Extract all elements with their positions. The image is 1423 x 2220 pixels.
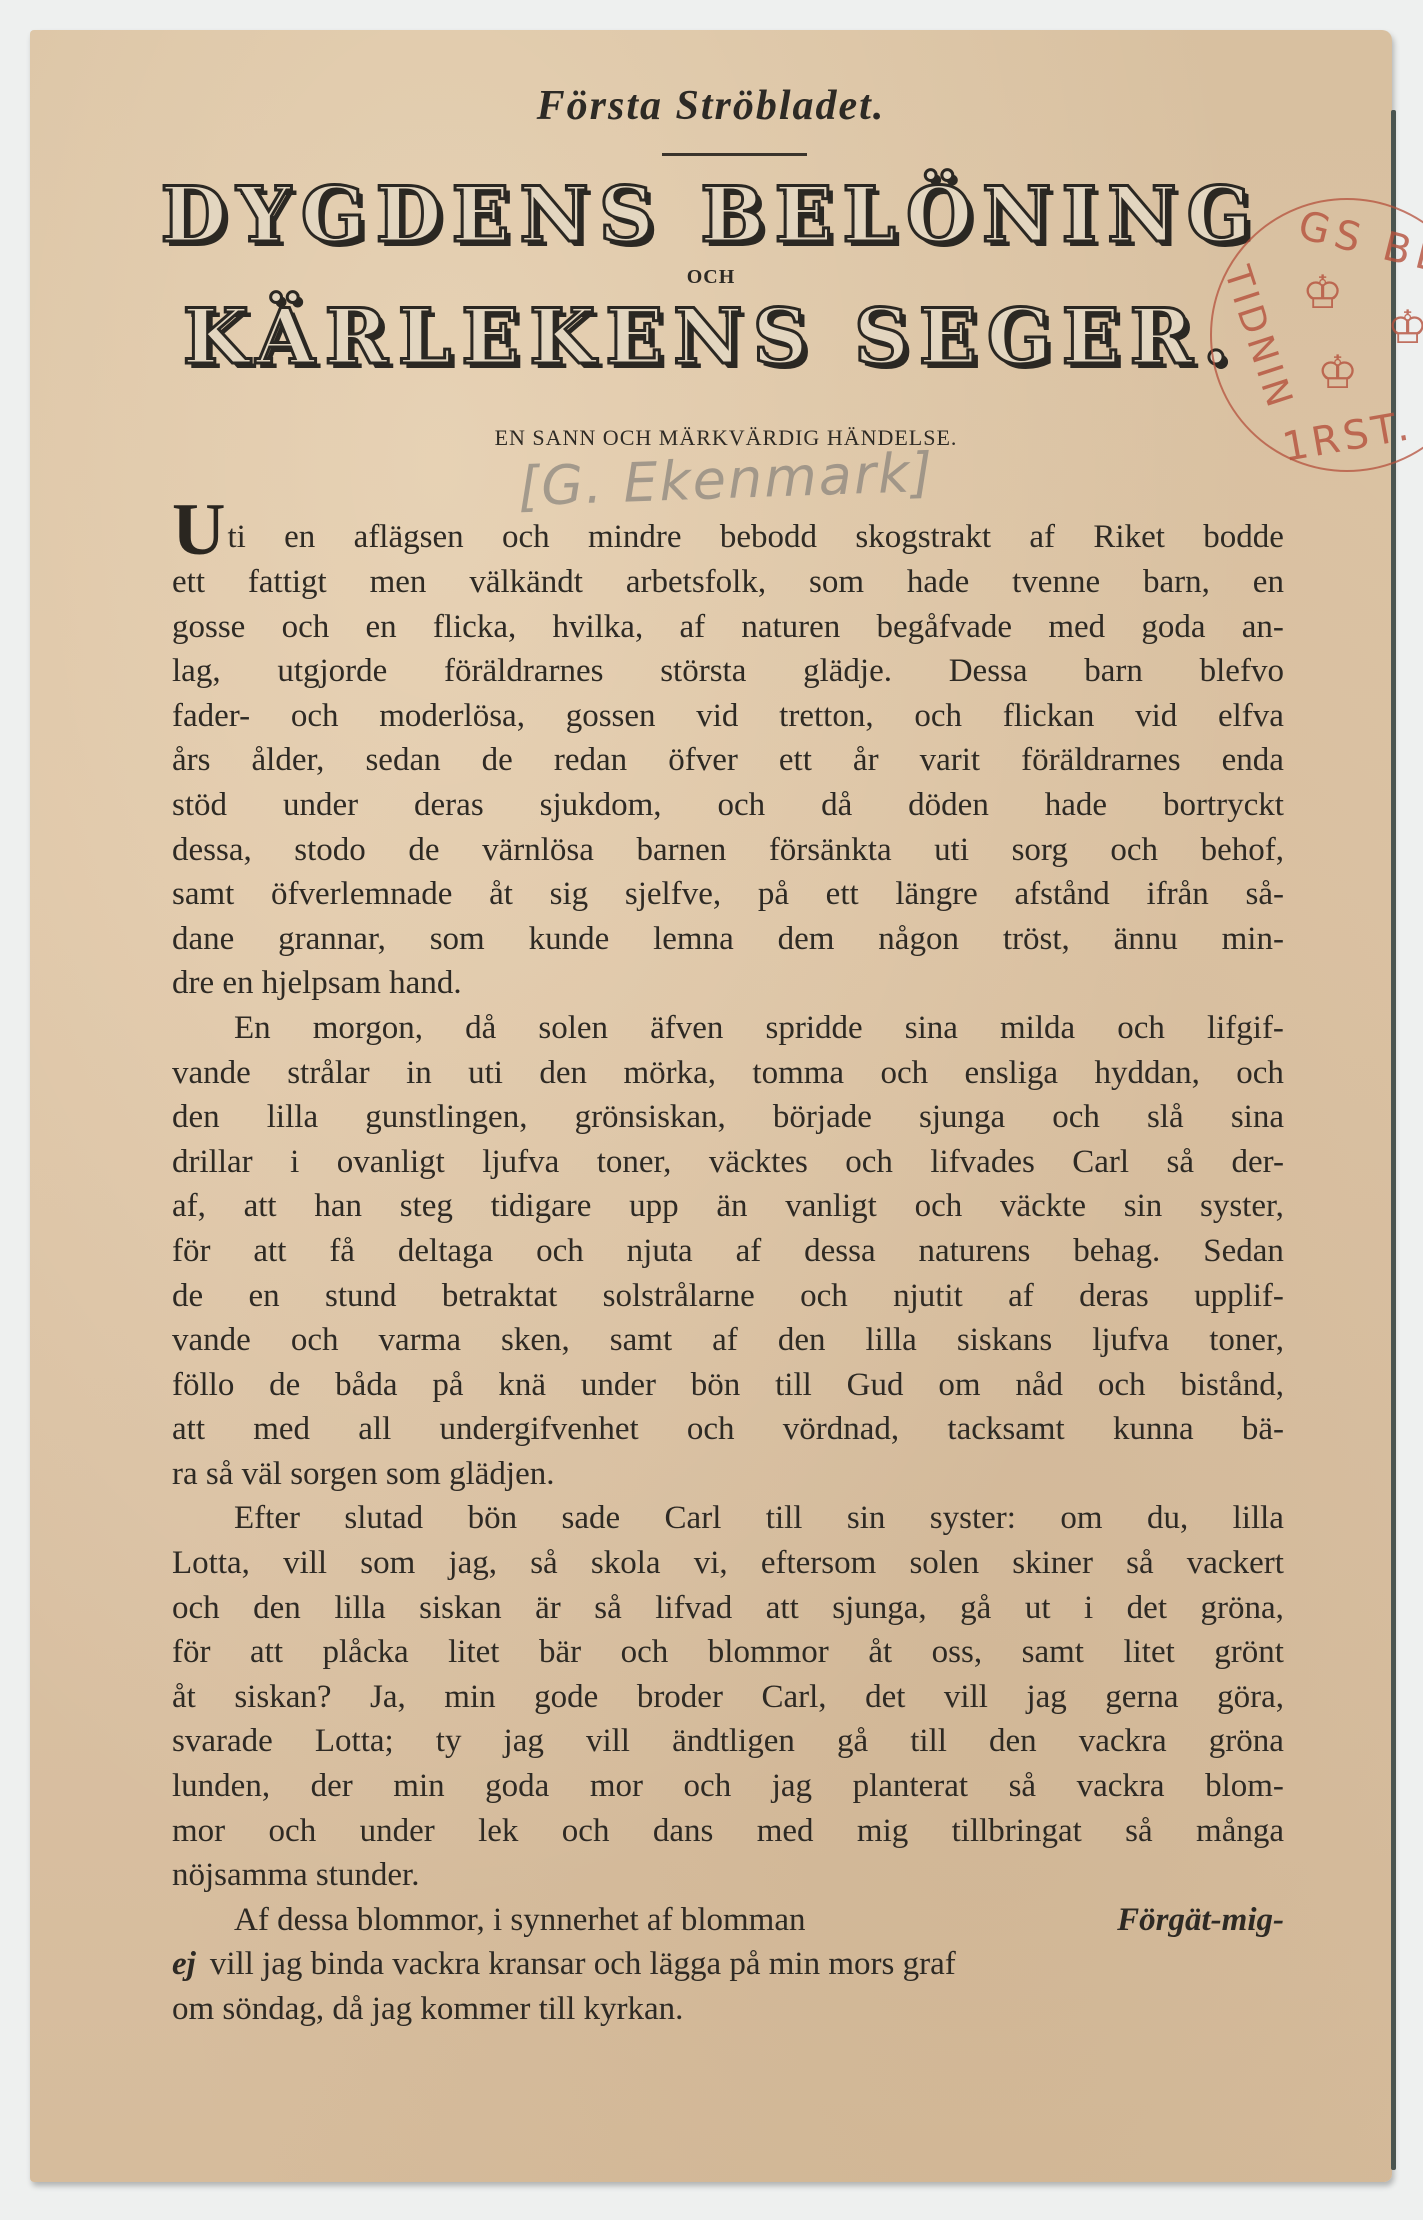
word: af, <box>172 1184 206 1229</box>
word: Sedan <box>1203 1229 1284 1274</box>
word: välkändt <box>469 560 583 605</box>
text-line: svaradeLotta;tyjagvilländtligengåtillden… <box>172 1719 1284 1764</box>
word: stöd <box>172 783 227 828</box>
word: ty <box>436 1719 462 1764</box>
word: strålar <box>287 1051 369 1096</box>
word: och <box>1236 1051 1284 1096</box>
word: Lotta; <box>315 1719 394 1764</box>
word: af <box>712 1318 738 1363</box>
word: föllo <box>172 1363 234 1408</box>
word: den <box>989 1719 1037 1764</box>
word: en <box>284 515 315 560</box>
word: och <box>621 1630 669 1675</box>
word: att <box>244 1184 277 1229</box>
word: i <box>1084 1586 1093 1631</box>
word: Carl, <box>761 1675 826 1720</box>
text-span: om söndag, då jag kommer till kyrkan. <box>172 1987 683 2032</box>
word: sin <box>847 1496 886 1541</box>
word: svarade <box>172 1719 273 1764</box>
word: ålder, <box>252 738 325 783</box>
word: sjunga, <box>832 1586 926 1631</box>
word: en <box>365 605 396 650</box>
word: siskans <box>957 1318 1052 1363</box>
word: gröna <box>1209 1719 1284 1764</box>
word: han <box>314 1184 362 1229</box>
word: bebodd <box>720 515 817 560</box>
word: goda <box>485 1764 549 1809</box>
word: elfva <box>1218 694 1284 739</box>
word: sina <box>905 1006 958 1051</box>
word: gå <box>960 1586 991 1631</box>
word: blommor <box>708 1630 829 1675</box>
word: solen <box>909 1541 979 1586</box>
word: sken, <box>501 1318 570 1363</box>
word: vid <box>696 694 738 739</box>
first-line: U tienaflägsenochmindrebeboddskogstrakta… <box>172 500 1284 560</box>
word: så <box>1125 1809 1153 1854</box>
word: solstrålarne <box>603 1274 755 1319</box>
word: milda <box>1000 1006 1075 1051</box>
word: siskan? <box>234 1675 331 1720</box>
word: uti <box>468 1051 503 1096</box>
word: att <box>766 1586 799 1631</box>
word: att <box>253 1229 286 1274</box>
word: började <box>773 1095 872 1140</box>
word: med <box>757 1809 814 1854</box>
word: utgjorde <box>277 649 387 694</box>
word: eftersom <box>761 1541 876 1586</box>
word: lilla <box>866 1318 917 1363</box>
text-line: lag,utgjordeföräldrarnesstörstaglädje.De… <box>172 649 1284 694</box>
word: varit <box>920 738 980 783</box>
word: deltaga <box>398 1229 493 1274</box>
word: på <box>432 1363 463 1408</box>
word: få <box>329 1229 355 1274</box>
word: steg <box>400 1184 453 1229</box>
word: Lotta, <box>172 1541 250 1586</box>
word: hade <box>1045 783 1107 828</box>
text-line: attmedallundergifvenhetochvördnad,tacksa… <box>172 1407 1284 1452</box>
word: och <box>717 783 765 828</box>
word: sade <box>562 1496 621 1541</box>
word: broder <box>637 1675 723 1720</box>
word: behag. <box>1073 1229 1160 1274</box>
word: vid <box>1135 694 1177 739</box>
word: åt <box>489 872 513 917</box>
word: deras <box>1079 1274 1149 1319</box>
word: Efter <box>234 1496 300 1541</box>
text-line: samtöfverlemnadeåtsigsjelfve,påettlängre… <box>172 872 1284 917</box>
word: vi, <box>694 1541 728 1586</box>
word: lilla <box>267 1095 318 1140</box>
word: naturen <box>741 605 840 650</box>
word: aflägsen <box>354 515 464 560</box>
word: in <box>406 1051 432 1096</box>
word: mindre <box>588 515 681 560</box>
word: bä- <box>1242 1407 1284 1452</box>
word: deras <box>414 783 484 828</box>
word: och <box>880 1051 928 1096</box>
word: af <box>679 605 705 650</box>
word: och <box>282 605 330 650</box>
text-line: ra så väl sorgen som glädjen. <box>172 1452 1284 1497</box>
word: En <box>234 1006 271 1051</box>
word: vanligt <box>785 1184 877 1229</box>
word: ännu <box>1114 917 1178 962</box>
word: mörka, <box>623 1051 716 1096</box>
word: vill <box>944 1675 988 1720</box>
text-line: lunden,dermingodamorochjagplanteratsåvac… <box>172 1764 1284 1809</box>
text-line: denlillagunstlingen,grönsiskan,börjadesj… <box>172 1095 1284 1140</box>
word: den <box>253 1586 301 1631</box>
word: största <box>660 649 746 694</box>
word: dane <box>172 917 234 962</box>
title-conjunction: OCH <box>30 266 1392 289</box>
word: så <box>530 1541 558 1586</box>
word: ett <box>826 872 859 917</box>
word: och <box>291 1318 339 1363</box>
word: Dessa <box>949 649 1028 694</box>
word: åt <box>868 1630 892 1675</box>
word: min <box>444 1675 495 1720</box>
word: sjunga <box>919 1095 1005 1140</box>
word: lag, <box>172 649 221 694</box>
text-span: Af dessa blommor, i synnerhet af blomman <box>234 1898 805 1943</box>
text-span: vill jag binda vackra kransar och lägga … <box>210 1942 1284 1987</box>
word: vackert <box>1187 1541 1284 1586</box>
word: jag <box>772 1764 812 1809</box>
word: undergifvenhet <box>440 1407 639 1452</box>
paragraph-4: Af dessa blommor, i synnerhet af blomman… <box>172 1898 1284 2032</box>
word: oss, <box>932 1630 982 1675</box>
paragraph-2: Enmorgon,dåsolenäfvenspriddesinamildaoch… <box>172 1006 1284 1497</box>
word: de <box>269 1363 300 1408</box>
word: sorg <box>1012 828 1068 873</box>
word: dans <box>653 1809 714 1854</box>
word: arbetsfolk, <box>626 560 766 605</box>
word: bär <box>539 1630 581 1675</box>
text-line: Enmorgon,dåsolenäfvenspriddesinamildaoch… <box>172 1006 1284 1051</box>
word: till <box>775 1363 812 1408</box>
word: bortryckt <box>1163 783 1284 828</box>
word: blom- <box>1205 1764 1284 1809</box>
word: föräldrarnes <box>1021 738 1180 783</box>
word: lilla <box>334 1586 385 1631</box>
word: ti <box>227 515 245 560</box>
text-line: deenstundbetraktatsolstrålarneochnjutita… <box>172 1274 1284 1319</box>
word: om <box>1060 1496 1102 1541</box>
word: gode <box>534 1675 598 1720</box>
word: litet <box>1123 1630 1174 1675</box>
word: lek <box>478 1809 518 1854</box>
word: toner, <box>597 1140 672 1185</box>
word: värnlösa <box>482 828 594 873</box>
crown-icon: ♔ <box>1387 305 1423 351</box>
word: barnen <box>636 828 726 873</box>
word: så <box>594 1586 622 1631</box>
word: som <box>430 917 485 962</box>
word: der- <box>1231 1140 1283 1185</box>
word: och <box>845 1140 893 1185</box>
word: ut <box>1025 1586 1051 1631</box>
word: under <box>283 783 358 828</box>
word: fattigt <box>248 560 327 605</box>
word: all <box>358 1407 391 1452</box>
paragraph-1: ettfattigtmenvälkändtarbetsfolk,somhadet… <box>172 560 1284 1006</box>
word: begåfvade <box>877 605 1013 650</box>
word: Gud <box>847 1363 904 1408</box>
document-page: Första Ströbladet. DYGDENS BELÖNING OCH … <box>30 30 1392 2182</box>
word: öfver <box>668 738 738 783</box>
word: planterat <box>853 1764 968 1809</box>
word: ljufva <box>1092 1318 1169 1363</box>
word: flicka, <box>433 605 516 650</box>
word: skiner <box>1012 1541 1093 1586</box>
word: och <box>684 1764 732 1809</box>
word: ovanligt <box>337 1140 445 1185</box>
word: för <box>172 1630 210 1675</box>
word: för <box>172 1229 210 1274</box>
word: gunstlingen, <box>365 1095 527 1140</box>
word: blefvo <box>1200 649 1284 694</box>
word: Ja, <box>370 1675 406 1720</box>
text-line: af,atthanstegtidigareuppänvanligtochväck… <box>172 1184 1284 1229</box>
word: bön <box>468 1496 518 1541</box>
word: någon <box>878 917 959 962</box>
text-line: ochdenlillasiskanärsålifvadattsjunga,gåu… <box>172 1586 1284 1631</box>
word: väcktes <box>709 1140 808 1185</box>
word: vande <box>172 1051 251 1096</box>
word: ett <box>779 738 812 783</box>
word: att <box>172 1407 205 1452</box>
word: morgon, <box>313 1006 423 1051</box>
word: under <box>360 1809 435 1854</box>
title-line-2: KÄRLEKENS SEGER. <box>30 292 1392 381</box>
word: syster: <box>930 1496 1016 1541</box>
word: ett <box>172 560 205 605</box>
word: hvilka, <box>552 605 643 650</box>
word: slå <box>1147 1095 1184 1140</box>
word: min <box>393 1764 444 1809</box>
word: och <box>502 515 550 560</box>
word: äfven <box>650 1006 723 1051</box>
word: vill <box>283 1541 327 1586</box>
word: bistånd, <box>1180 1363 1284 1408</box>
word: att <box>250 1630 283 1675</box>
word: många <box>1196 1809 1284 1854</box>
word: och <box>1110 828 1158 873</box>
crown-icon: ♔ <box>1317 350 1358 396</box>
word: gosse <box>172 605 245 650</box>
crown-icon: ♔ <box>1302 270 1343 316</box>
word: mor <box>590 1764 643 1809</box>
word: så- <box>1246 872 1284 917</box>
word: sin <box>1124 1184 1163 1229</box>
text-line: ettfattigtmenvälkändtarbetsfolk,somhadet… <box>172 560 1284 605</box>
word: upp <box>629 1184 679 1229</box>
word: samt <box>1022 1630 1084 1675</box>
word: njutit <box>893 1274 963 1319</box>
text-line: stödunderderassjukdom,ochdådödenhadebort… <box>172 783 1284 828</box>
word: tretton, <box>779 694 873 739</box>
word: ensliga <box>965 1051 1058 1096</box>
word: varma <box>379 1318 461 1363</box>
word: sig <box>550 872 589 917</box>
word: naturens <box>919 1229 1031 1274</box>
word: dem <box>778 917 835 962</box>
word: gerna <box>1105 1675 1178 1720</box>
word: det <box>865 1675 905 1720</box>
word: lifvad <box>655 1586 732 1631</box>
word: bodde <box>1203 515 1284 560</box>
word: då <box>821 783 852 828</box>
word: gröna, <box>1201 1586 1284 1631</box>
word: vackra <box>1079 1719 1167 1764</box>
word: och <box>291 694 339 739</box>
word: den <box>539 1051 587 1096</box>
word: och <box>172 1586 220 1631</box>
word: till <box>910 1719 947 1764</box>
word: och <box>562 1809 610 1854</box>
word: lemna <box>653 917 734 962</box>
word: flickan <box>1003 694 1095 739</box>
word: försänkta <box>769 828 892 873</box>
word: du, <box>1147 1496 1188 1541</box>
publication-header: Första Ströbladet. <box>30 82 1392 130</box>
text-line: förattfådeltagaochnjutaafdessanaturensbe… <box>172 1229 1284 1274</box>
word: men <box>370 560 427 605</box>
word: med <box>253 1407 310 1452</box>
word: på <box>758 872 789 917</box>
word: af <box>1008 1274 1034 1319</box>
paragraph-3: EfterslutadbönsadeCarltillsinsyster:omdu… <box>172 1496 1284 1897</box>
word: sjelfve, <box>625 872 721 917</box>
word: och <box>914 694 962 739</box>
text-line: fader-ochmoderlösa,gossenvidtretton,ochf… <box>172 694 1284 739</box>
word: hade <box>907 560 969 605</box>
word: vill <box>586 1719 630 1764</box>
italic-text: ej <box>172 1942 196 1987</box>
word: Riket <box>1093 515 1165 560</box>
text-line: danegrannar,somkundelemnademnågontröst,ä… <box>172 917 1284 962</box>
word: behof, <box>1201 828 1284 873</box>
text-line: morochunderlekochdansmedmigtillbringatså… <box>172 1809 1284 1854</box>
word: och <box>1098 1363 1146 1408</box>
word: lifvades <box>930 1140 1034 1185</box>
word: siskan <box>419 1586 502 1631</box>
word: kunna <box>1113 1407 1194 1452</box>
word: väckte <box>1000 1184 1086 1229</box>
word: båda <box>335 1363 397 1408</box>
word: jag <box>504 1719 544 1764</box>
word: uti <box>934 828 969 873</box>
word: ändtligen <box>672 1719 795 1764</box>
text-line: Af dessa blommor, i synnerhet af blomman… <box>172 1898 1284 1943</box>
word: goda <box>1141 605 1205 650</box>
word: nåd <box>1015 1363 1063 1408</box>
word: lilla <box>1233 1496 1284 1541</box>
word: samt <box>172 872 234 917</box>
text-line: förattplåckalitetbärochblommoråtoss,samt… <box>172 1630 1284 1675</box>
word: spridde <box>766 1006 863 1051</box>
word: tröst, <box>1003 917 1070 962</box>
word: min- <box>1222 917 1284 962</box>
word: hyddan, <box>1094 1051 1199 1096</box>
text-line: gosseochenflicka,hvilka,afnaturenbegåfva… <box>172 605 1284 650</box>
word: vördnad, <box>783 1407 899 1452</box>
word: moderlösa, <box>379 694 525 739</box>
word: gå <box>837 1719 868 1764</box>
word: enda <box>1222 738 1284 783</box>
word: lunden, <box>172 1764 270 1809</box>
text-line: ej vill jag binda vackra kransar och läg… <box>172 1942 1284 1987</box>
word: Carl <box>1072 1140 1129 1185</box>
word: mor <box>172 1809 225 1854</box>
word: stund <box>325 1274 397 1319</box>
word: fader- <box>172 694 250 739</box>
word: jag <box>1026 1675 1066 1720</box>
word: drillar <box>172 1140 253 1185</box>
text-line: föllodebådapåknäunderböntillGudomnådochb… <box>172 1363 1284 1408</box>
word: slutad <box>344 1496 423 1541</box>
word: och <box>915 1184 963 1229</box>
word: års <box>172 738 210 783</box>
first-line-rest: tienaflägsenochmindrebeboddskogstraktafR… <box>227 515 1284 560</box>
word: lifgif- <box>1207 1006 1284 1051</box>
word: den <box>172 1095 220 1140</box>
word: så <box>1126 1541 1154 1586</box>
word: med <box>1048 605 1105 650</box>
word: grönt <box>1214 1630 1284 1675</box>
word: glädje. <box>803 649 892 694</box>
word: under <box>581 1363 656 1408</box>
word: är <box>535 1586 561 1631</box>
word: kunde <box>529 917 610 962</box>
word: som <box>360 1541 415 1586</box>
word: gossen <box>566 694 656 739</box>
word: stodo <box>294 828 366 873</box>
word: der <box>311 1764 353 1809</box>
word: till <box>766 1496 803 1541</box>
word: litet <box>448 1630 499 1675</box>
word: om <box>938 1363 980 1408</box>
word: knä <box>498 1363 546 1408</box>
word: sedan <box>365 738 440 783</box>
italic-text: Förgät-mig- <box>1117 1898 1284 1943</box>
word: tidigare <box>491 1184 592 1229</box>
word: en <box>249 1274 280 1319</box>
word: tomma <box>752 1051 844 1096</box>
word: då <box>465 1006 496 1051</box>
word: af <box>736 1229 762 1274</box>
word: af <box>1029 515 1055 560</box>
word: grönsiskan, <box>575 1095 726 1140</box>
word: göra, <box>1217 1675 1284 1720</box>
text-line: Lotta,villsomjag,såskolavi,eftersomsolen… <box>172 1541 1284 1586</box>
subtitle: EN SANN OCH MÄRKVÄRDIG HÄNDELSE. <box>30 425 1392 451</box>
word: dessa, <box>172 828 252 873</box>
word: de <box>408 828 439 873</box>
text-line: dessa,stododevärnlösabarnenförsänktautis… <box>172 828 1284 873</box>
word: syster, <box>1200 1184 1284 1229</box>
text-line: årsålder,sedanderedanöfverettårvaritförä… <box>172 738 1284 783</box>
word: det <box>1127 1586 1167 1631</box>
word: afstånd <box>1015 872 1110 917</box>
word: som <box>809 560 864 605</box>
word: Carl <box>665 1496 722 1541</box>
word: den <box>778 1318 826 1363</box>
word: i <box>290 1140 299 1185</box>
